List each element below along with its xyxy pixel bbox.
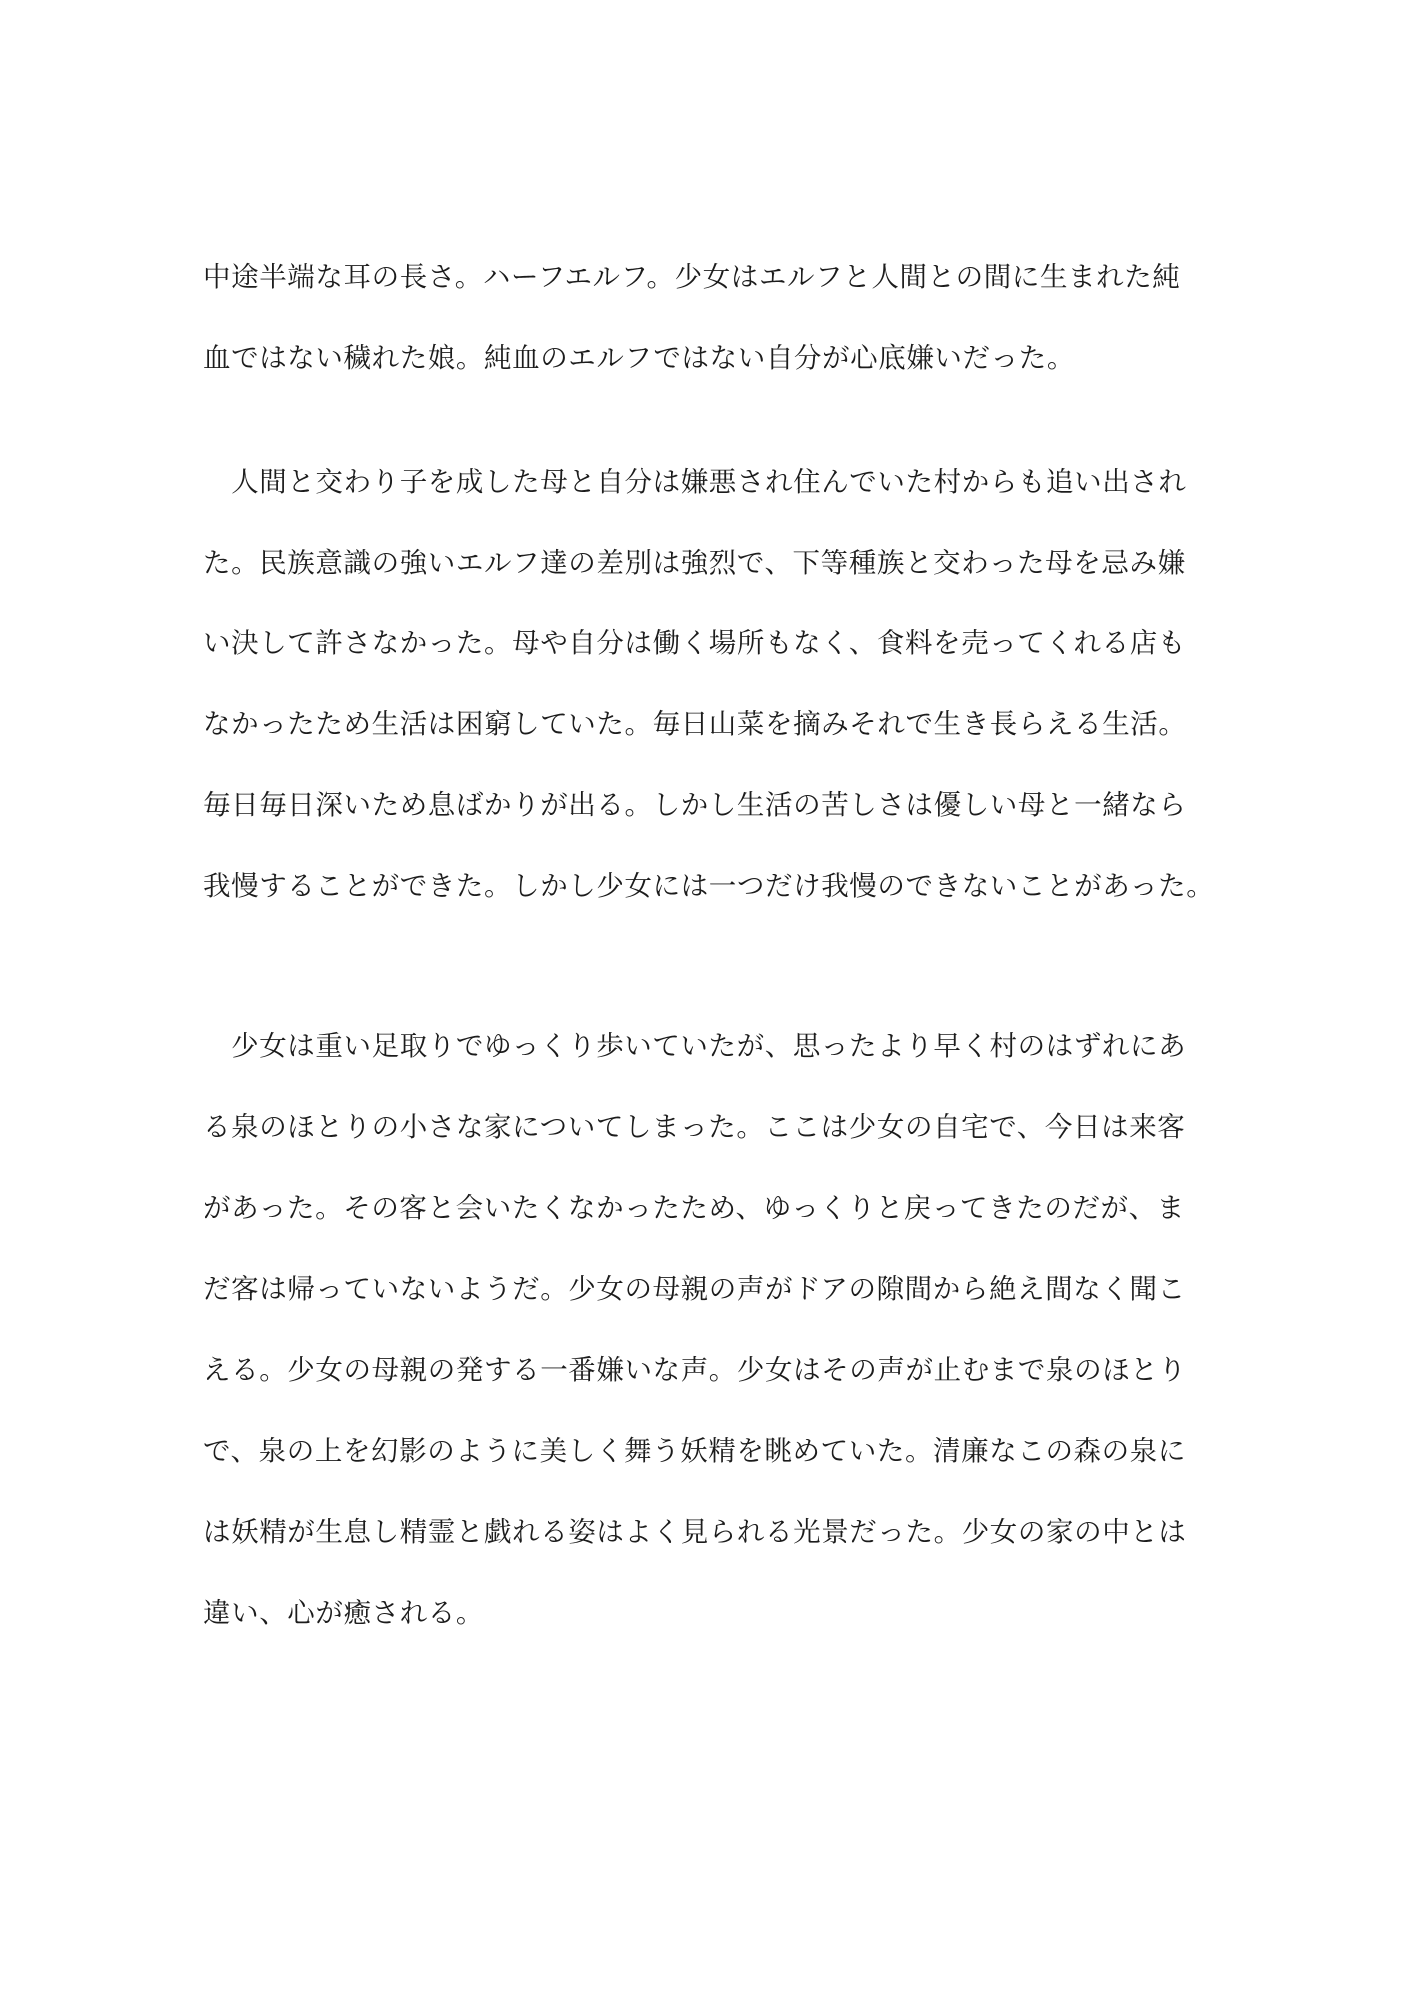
text-line: た。民族意識の強いエルフ達の差別は強烈で、下等種族と交わった母を忌み嫌 (203, 543, 1223, 583)
text-line: なかったため生活は困窮していた。毎日山菜を摘みそれで生き長らえる生活。 (203, 704, 1223, 744)
text-line: 毎日毎日深いため息ばかりが出る。しかし生活の苦しさは優しい母と一緒なら (203, 785, 1223, 825)
text-line: 違い、心が癒される。 (203, 1593, 1223, 1633)
text-line: があった。その客と会いたくなかったため、ゆっくりと戻ってきたのだが、ま (203, 1188, 1223, 1228)
text-line: る泉のほとりの小さな家についてしまった。ここは少女の自宅で、今日は来客 (203, 1107, 1223, 1147)
text-line: で、泉の上を幻影のように美しく舞う妖精を眺めていた。清廉なこの森の泉に (203, 1431, 1223, 1471)
text-line: は妖精が生息し精霊と戯れる姿はよく見られる光景だった。少女の家の中とは (203, 1512, 1223, 1552)
text-line: だ客は帰っていないようだ。少女の母親の声がドアの隙間から絶え間なく聞こ (203, 1269, 1223, 1309)
text-line: える。少女の母親の発する一番嫌いな声。少女はその声が止むまで泉のほとり (203, 1350, 1223, 1390)
text-line: 人間と交わり子を成した母と自分は嫌悪され住んでいた村からも追い出され (203, 462, 1223, 502)
text-line: い決して許さなかった。母や自分は働く場所もなく、食料を売ってくれる店も (203, 623, 1223, 663)
document-page: 中途半端な耳の長さ。ハーフエルフ。少女はエルフと人間との間に生まれた純 血ではな… (0, 0, 1414, 2000)
text-line: 中途半端な耳の長さ。ハーフエルフ。少女はエルフと人間との間に生まれた純 (203, 257, 1223, 297)
text-line: 少女は重い足取りでゆっくり歩いていたが、思ったより早く村のはずれにあ (203, 1026, 1223, 1066)
text-line: 血ではない穢れた娘。純血のエルフではない自分が心底嫌いだった。 (203, 338, 1223, 378)
text-line: 我慢することができた。しかし少女には一つだけ我慢のできないことがあった。 (203, 866, 1223, 906)
